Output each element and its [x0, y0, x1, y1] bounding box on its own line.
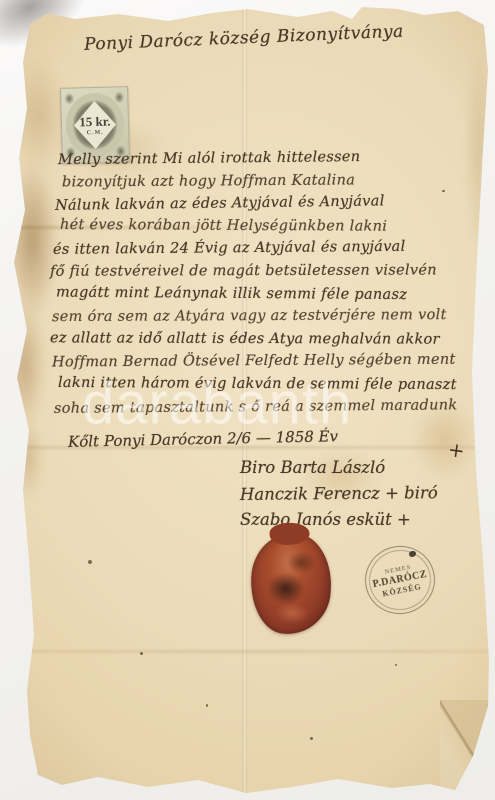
paper-edge-vignette: [0, 0, 495, 800]
document-paper: Ponyi Darócz község Bizonyítványa 15 kr.…: [0, 0, 495, 800]
